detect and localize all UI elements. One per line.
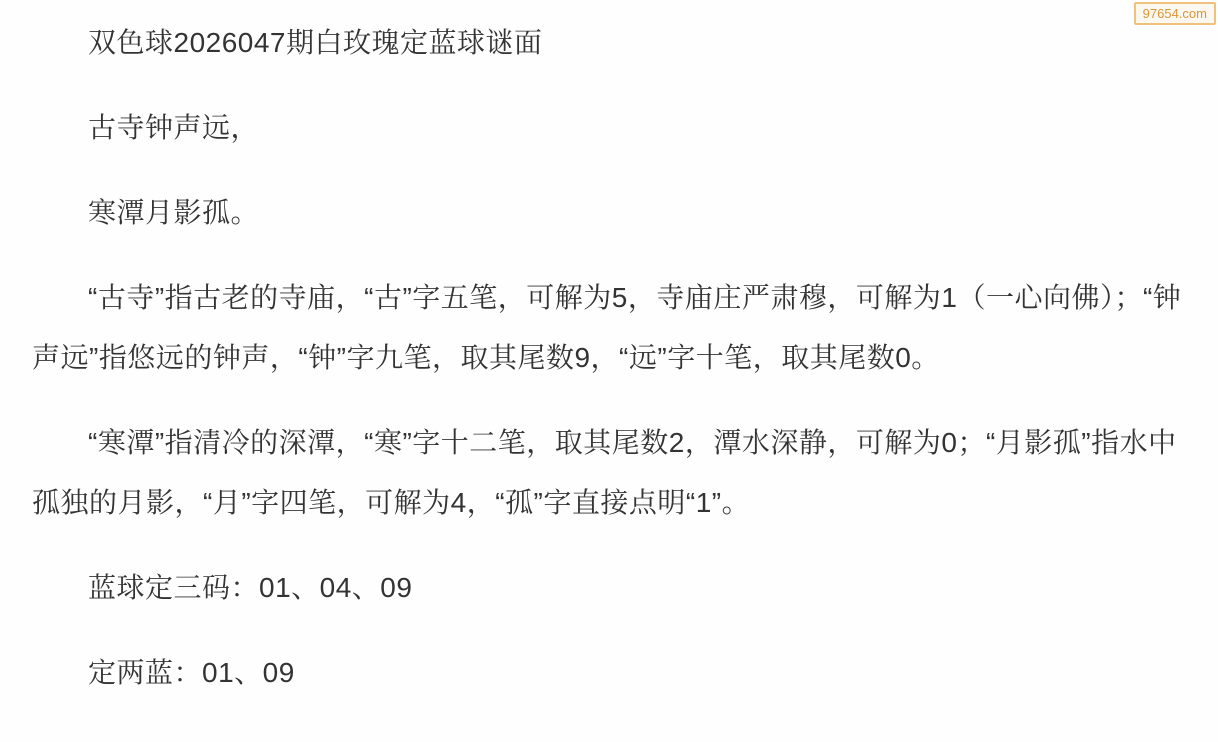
blue-three-codes-label: 蓝球定三码：	[88, 572, 259, 603]
explanation-paragraph-2: “寒潭”指清冷的深潭，“寒”字十二笔，取其尾数2，潭水深静，可解为0；“月影孤”…	[32, 413, 1190, 533]
article-page: 97654.com 双色球2026047期白玫瑰定蓝球谜面 古寺钟声远， 寒潭月…	[0, 0, 1218, 742]
watermark-badge: 97654.com	[1134, 2, 1216, 25]
blue-three-codes-line: 蓝球定三码：01、04、09	[32, 558, 1190, 618]
blue-three-codes-values: 01、04、09	[259, 572, 412, 603]
blue-two-codes-values: 01、09	[202, 657, 295, 688]
explanation-paragraph-1: “古寺”指古老的寺庙，“古”字五笔，可解为5，寺庙庄严肃穆，可解为1（一心向佛）…	[32, 268, 1190, 388]
article-content: 双色球2026047期白玫瑰定蓝球谜面 古寺钟声远， 寒潭月影孤。 “古寺”指古…	[0, 0, 1218, 703]
poem-line-2: 寒潭月影孤。	[32, 183, 1190, 243]
poem-line-1: 古寺钟声远，	[32, 98, 1190, 158]
article-title: 双色球2026047期白玫瑰定蓝球谜面	[32, 13, 1190, 73]
blue-two-codes-line: 定两蓝：01、09	[32, 643, 1190, 703]
blue-two-codes-label: 定两蓝：	[88, 657, 202, 688]
